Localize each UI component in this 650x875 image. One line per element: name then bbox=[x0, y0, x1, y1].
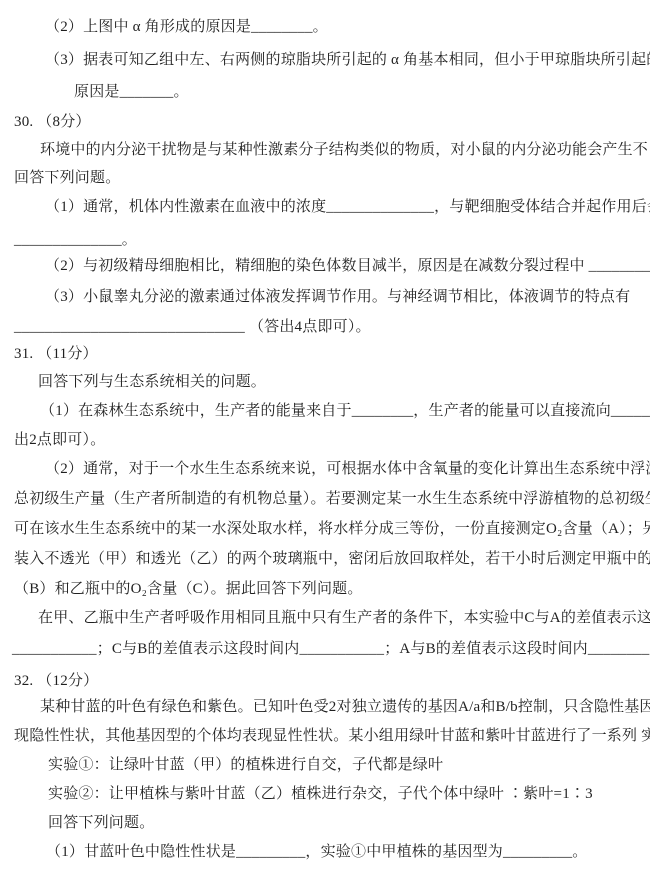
question-31-sub-1: （1）在森林生态系统中，生产者的能量来自于________，生产者的能量可以直接… bbox=[40, 401, 650, 422]
question-32-answer-prompt: 回答下列问题。 bbox=[48, 813, 154, 834]
question-32-experiment-2: 实验②：让甲植株与紫叶甘蓝（乙）植株进行杂交，子代个体中绿叶 ∶紫叶=1∶3 bbox=[48, 784, 593, 805]
question-30-header: 30. （8分） bbox=[14, 112, 91, 133]
question-31-sub-2-cont-3: 装入不透光（甲）和透光（乙）的两个玻璃瓶中，密闭后放回取样处，若干小时后测定甲瓶… bbox=[14, 549, 650, 570]
prev-question-sub-2: （2）上图中 α 角形成的原因是________。 bbox=[45, 17, 328, 38]
question-30-sub-1: （1）通常，机体内性激素在血液中的浓度______________，与靶细胞受体… bbox=[45, 197, 650, 218]
question-30-sub-3-blank: ______________________________ （答出4点即可）。 bbox=[14, 317, 371, 338]
prev-question-sub-3-cont: 原因是_______。 bbox=[74, 82, 189, 103]
question-30-sub-3: （3）小鼠睾丸分泌的激素通过体液发挥调节作用。与神经调节相比，体液调节的特点有 bbox=[45, 287, 630, 308]
question-30-intro-cont: 回答下列问题。 bbox=[14, 168, 120, 189]
question-31-header: 31. （11分） bbox=[14, 344, 98, 365]
question-31-sub-2-blanks: ___________；C与B的差值表示这段时间内___________；A与B… bbox=[12, 639, 650, 660]
question-32-intro: 某种甘蓝的叶色有绿色和紫色。已知叶色受2对独立遗传的基因A/a和B/b控制，只含… bbox=[40, 697, 650, 718]
question-30-sub-2: （2）与初级精母细胞相比，精细胞的染色体数目减半，原因是在减数分裂过程中 ___… bbox=[45, 256, 650, 277]
question-30-sub-1-blank: ______________。 bbox=[14, 230, 137, 251]
question-31-intro: 回答下列与生态系统相关的问题。 bbox=[38, 372, 266, 393]
question-30-intro: 环境中的内分泌干扰物是与某种性激素分子结构类似的物质，对小鼠的内分泌功能会产生不… bbox=[40, 140, 650, 161]
question-32-experiment-1: 实验①：让绿叶甘蓝（甲）的植株进行自交，子代都是绿叶 bbox=[48, 755, 443, 776]
exam-paper-page: （2）上图中 α 角形成的原因是________。 （3）据表可知乙组中左、右两… bbox=[0, 0, 650, 875]
question-32-sub-1: （1）甘蓝叶色中隐性性状是_________，实验①中甲植株的基因型为_____… bbox=[46, 842, 588, 863]
question-31-sub-2: （2）通常，对于一个水生生态系统来说，可根据水体中含氧量的变化计算出生态系统中浮… bbox=[45, 459, 650, 480]
question-31-sub-2-cont-1: 总初级生产量（生产者所制造的有机物总量）。若要测定某一水生生态系统中浮游植物的总… bbox=[14, 489, 650, 510]
question-31-sub-1-cont: 出2点即可）。 bbox=[14, 430, 105, 451]
question-32-header: 32. （12分） bbox=[14, 671, 98, 692]
question-31-sub-2-cont-2: 可在该水生生态系统中的某一水深处取水样，将水样分成三等份，一份直接测定O₂含量（… bbox=[14, 519, 650, 540]
prev-question-sub-3: （3）据表可知乙组中左、右两侧的琼脂块所引起的 α 角基本相同，但小于甲琼脂块所… bbox=[45, 50, 650, 71]
question-32-intro-cont: 现隐性性状，其他基因型的个体均表现显性性状。某小组用绿叶甘蓝和紫叶甘蓝进行了一系… bbox=[14, 726, 650, 747]
question-31-sub-2-cont-4: （B）和乙瓶中的O₂含量（C）。据此回答下列问题。 bbox=[14, 579, 363, 600]
question-31-sub-2-prompt: 在甲、乙瓶中生产者呼吸作用相同且瓶中只有生产者的条件下，本实验中C与A的差值表示… bbox=[38, 608, 650, 629]
